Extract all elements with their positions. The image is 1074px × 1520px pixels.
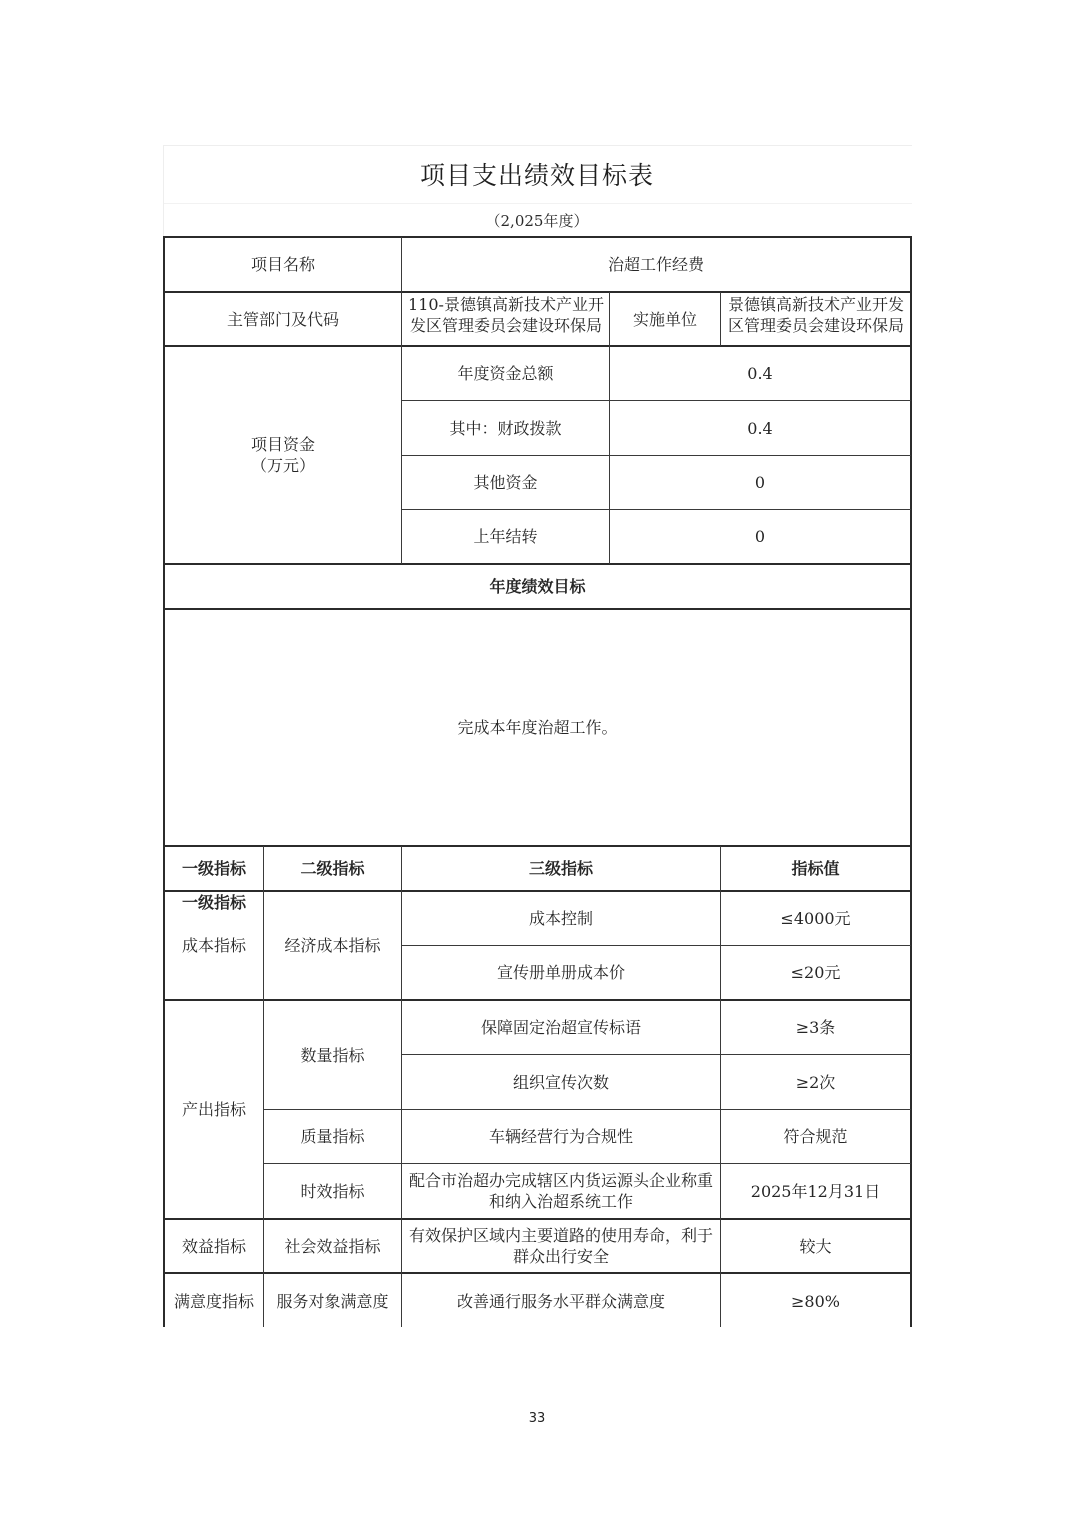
indicator-level2: 经济成本指标: [264, 892, 401, 999]
page-number: 33: [0, 1411, 1074, 1426]
indicator-value: ≥3条: [721, 1001, 910, 1054]
indicator-value: 2025年12月31日: [721, 1164, 910, 1218]
indicator-level1: 满意度指标: [165, 1274, 263, 1328]
indicator-level2: 时效指标: [264, 1164, 401, 1218]
indicator-level3: 宣传册单册成本价: [402, 946, 720, 999]
annual-goal-header: 年度绩效目标: [165, 565, 910, 608]
indicator-value: ≥2次: [721, 1055, 910, 1109]
implementing-unit-value: 景德镇高新技术产业开发区管理委员会建设环保局: [722, 293, 910, 345]
fund-row-label: 上年结转: [402, 510, 609, 563]
funds-label: 项目资金 （万元）: [165, 347, 401, 563]
fund-row-value: 0.4: [610, 347, 910, 400]
title-divider: [164, 203, 912, 204]
indicator-level3: 配合市治超办完成辖区内货运源头企业称重和纳入治超系统工作: [404, 1164, 718, 1218]
indicator-level2: 社会效益指标: [264, 1220, 401, 1272]
indicator-header-level1: 一级指标: [165, 847, 263, 890]
document-page: 项目支出绩效目标表 （2,025年度） 项目名称 治超工作经费 主管部门及代码 …: [0, 0, 1074, 1520]
indicator-level1: 产出指标: [165, 1001, 263, 1218]
indicator-level3: 车辆经营行为合规性: [402, 1110, 720, 1163]
indicator-level3: 改善通行服务水平群众满意度: [402, 1274, 720, 1328]
indicator-level1: 成本指标: [165, 892, 263, 999]
indicator-value: 较大: [721, 1220, 910, 1272]
fund-row-label: 其他资金: [402, 456, 609, 509]
indicator-value: ≥80%: [721, 1274, 910, 1328]
fund-row-label: 年度资金总额: [402, 347, 609, 400]
indicator-level2: 数量指标: [264, 1001, 401, 1109]
page-subtitle-year: （2,025年度）: [0, 210, 1074, 231]
fund-row-value: 0.4: [610, 401, 910, 455]
indicator-level2: 质量指标: [264, 1110, 401, 1163]
project-name-label: 项目名称: [165, 238, 401, 291]
fund-row-label: 其中：财政拨款: [402, 401, 609, 455]
fund-row-value: 0: [610, 510, 910, 563]
indicator-value: 符合规范: [721, 1110, 910, 1163]
funds-unit-text: （万元）: [251, 455, 315, 476]
dept-value: 110-景德镇高新技术产业开发区管理委员会建设环保局: [404, 293, 608, 345]
indicator-level1: 效益指标: [165, 1220, 263, 1272]
indicator-header-level3: 三级指标: [402, 847, 720, 890]
indicator-level3: 组织宣传次数: [402, 1055, 720, 1109]
indicator-level3: 成本控制: [402, 892, 720, 945]
project-name-value: 治超工作经费: [402, 238, 910, 291]
indicator-level3: 有效保护区域内主要道路的使用寿命，利于群众出行安全: [406, 1220, 716, 1272]
indicator-header-level2: 二级指标: [264, 847, 401, 890]
implementing-unit-label: 实施单位: [610, 293, 720, 345]
indicator-header-value: 指标值: [721, 847, 910, 890]
annual-goal-text: 完成本年度治超工作。: [165, 610, 910, 845]
page-title: 项目支出绩效目标表: [0, 156, 1074, 192]
dept-label: 主管部门及代码: [165, 293, 401, 345]
funds-label-text: 项目资金: [251, 434, 315, 455]
col-line: [720, 292, 721, 346]
indicator-value: ≤4000元: [721, 892, 910, 945]
fund-row-value: 0: [610, 456, 910, 509]
indicator-level3: 保障固定治超宣传标语: [402, 1001, 720, 1054]
indicator-value: ≤20元: [721, 946, 910, 999]
indicator-level2: 服务对象满意度: [264, 1274, 401, 1328]
